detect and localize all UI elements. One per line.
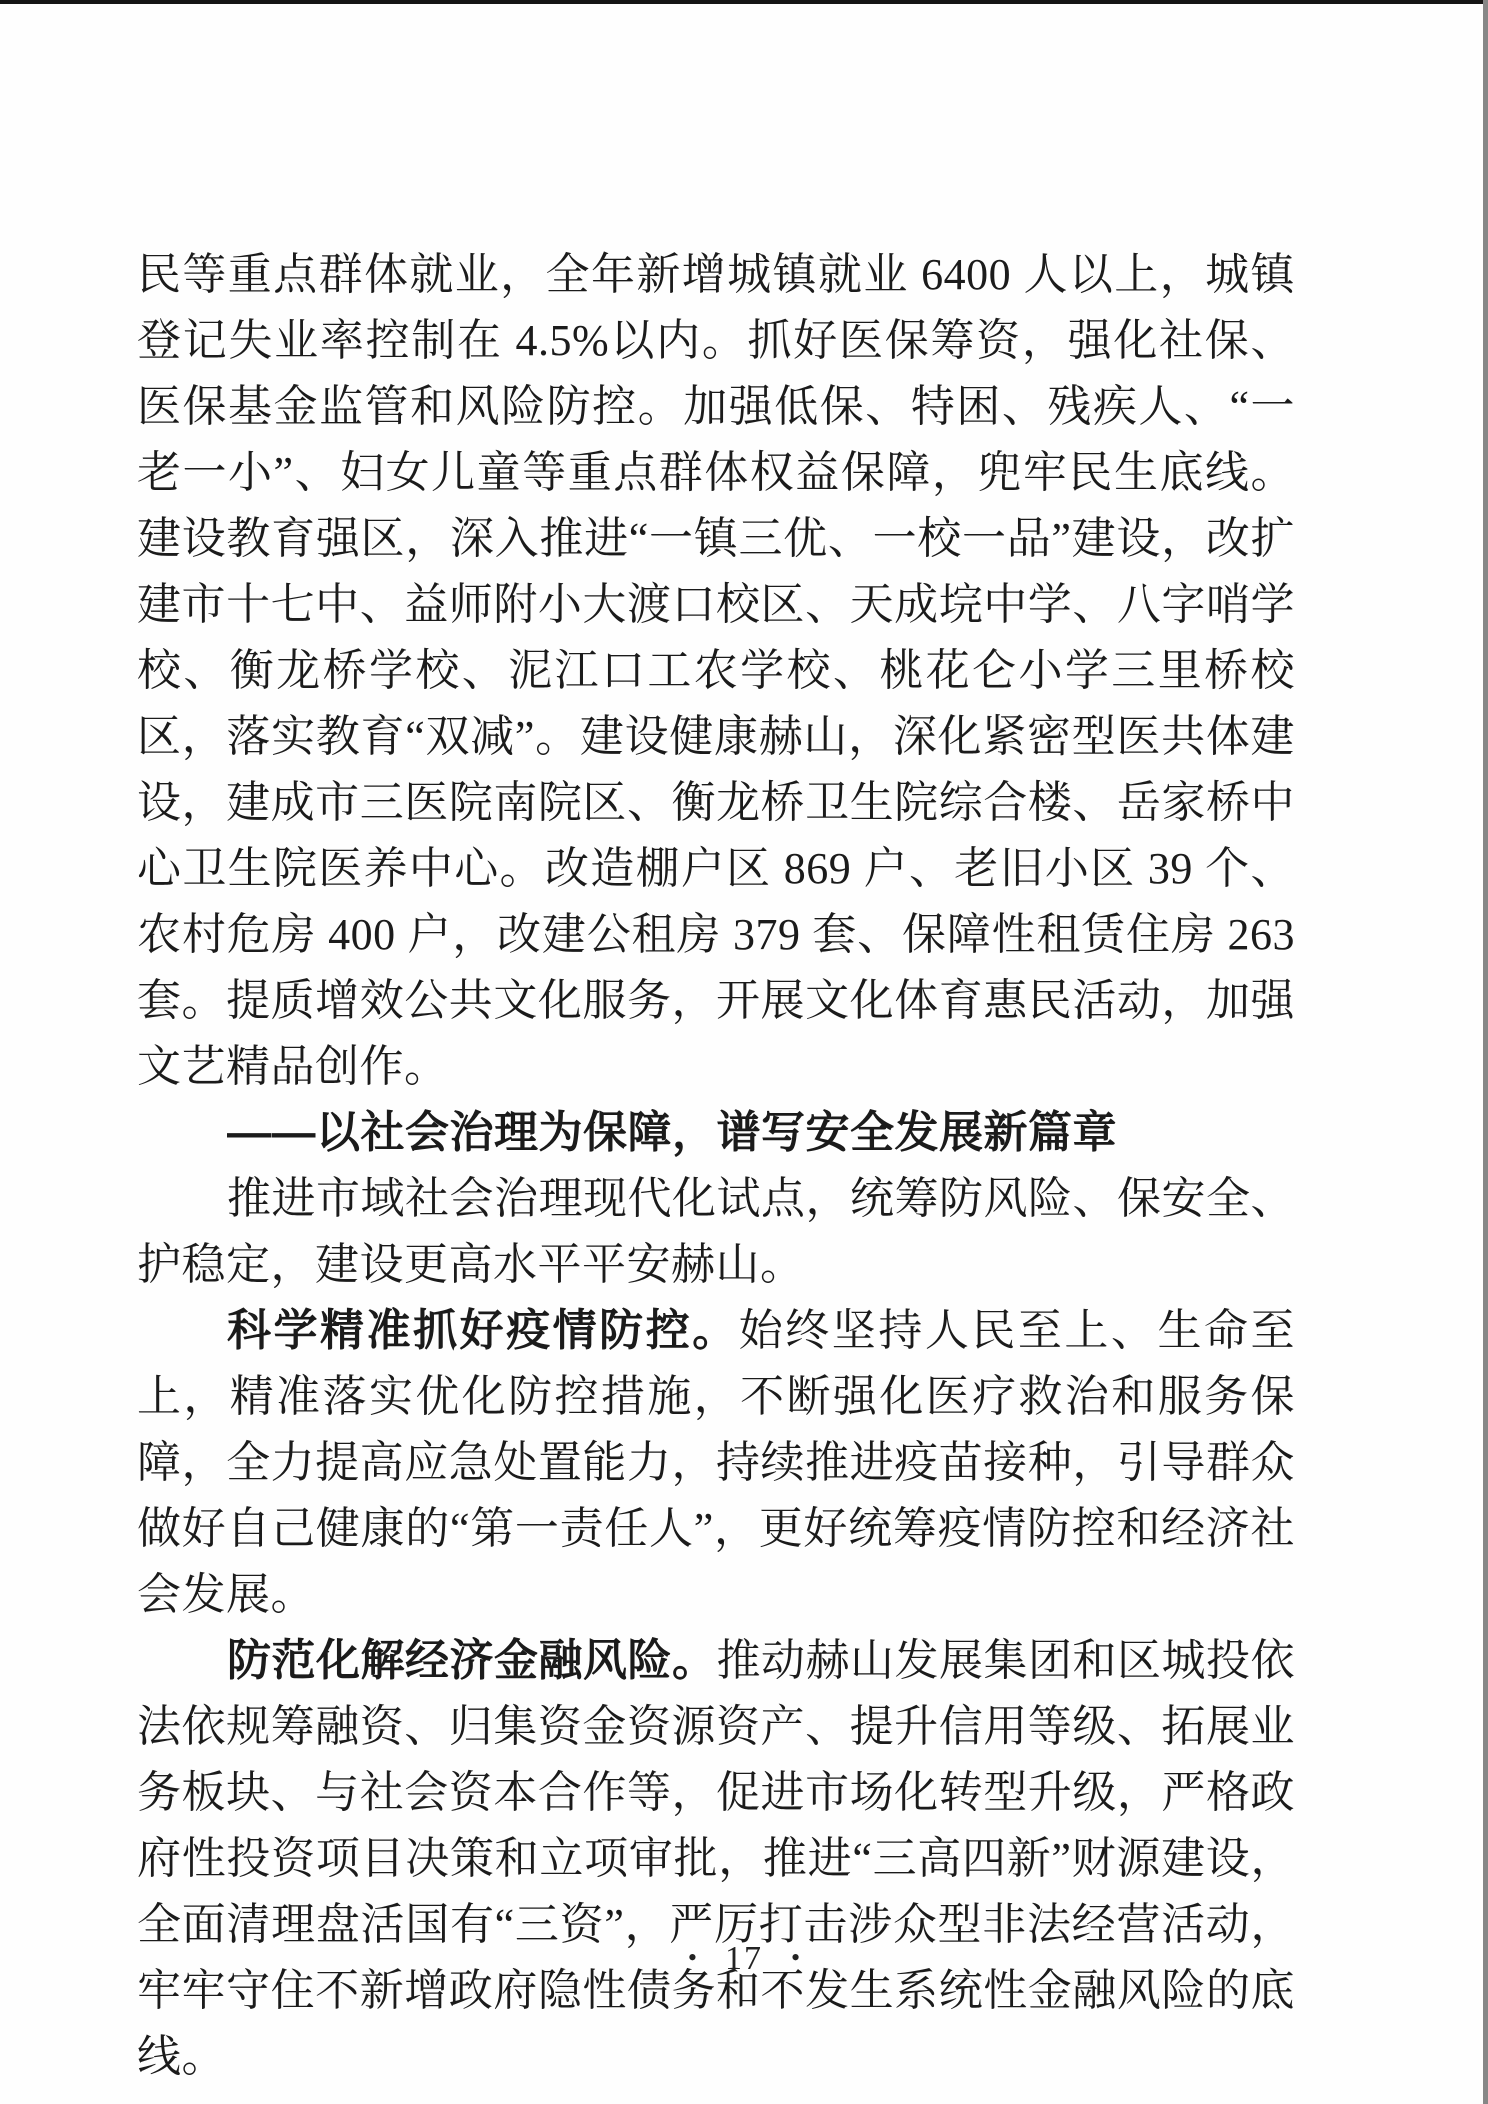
paragraph: 民等重点群体就业，全年新增城镇就业 6400 人以上，城镇登记失业率控制在 4.… xyxy=(137,242,1295,1100)
scan-border-right xyxy=(1483,0,1488,2104)
text-run: 推动赫山发展集团和区城投依法依规筹融资、归集资金资源资产、提升信用等级、拓展业务… xyxy=(137,1636,1295,2081)
bold-lead-text: 防范化解经济金融风险。 xyxy=(227,1636,717,1685)
paragraph: 科学精准抓好疫情防控。始终坚持人民至上、生命至上，精准落实优化防控措施，不断强化… xyxy=(137,1298,1295,1628)
paragraph: 推进市域社会治理现代化试点，统筹防风险、保安全、护稳定，建设更高水平平安赫山。 xyxy=(137,1166,1295,1298)
text-run: 民等重点群体就业，全年新增城镇就业 6400 人以上，城镇登记失业率控制在 4.… xyxy=(137,250,1295,1091)
page-number: 17 xyxy=(725,1937,763,1981)
document-body: 民等重点群体就业，全年新增城镇就业 6400 人以上，城镇登记失业率控制在 4.… xyxy=(137,242,1295,2090)
bold-lead-text: ——以社会治理为保障，谱写安全发展新篇章 xyxy=(227,1108,1117,1157)
bold-lead-text: 科学精准抓好疫情防控。 xyxy=(227,1306,739,1355)
page-footer: •17• xyxy=(0,1936,1488,1981)
page-number-dot: • xyxy=(688,1936,697,1980)
document-page: 民等重点群体就业，全年新增城镇就业 6400 人以上，城镇登记失业率控制在 4.… xyxy=(0,0,1488,2104)
paragraph: 防范化解经济金融风险。推动赫山发展集团和区城投依法依规筹融资、归集资金资源资产、… xyxy=(137,1628,1295,2090)
scan-border-top xyxy=(0,0,1488,4)
text-run: 推进市域社会治理现代化试点，统筹防风险、保安全、护稳定，建设更高水平平安赫山。 xyxy=(137,1174,1295,1289)
section-heading: ——以社会治理为保障，谱写安全发展新篇章 xyxy=(137,1100,1295,1166)
page-number-dot: • xyxy=(791,1936,800,1980)
